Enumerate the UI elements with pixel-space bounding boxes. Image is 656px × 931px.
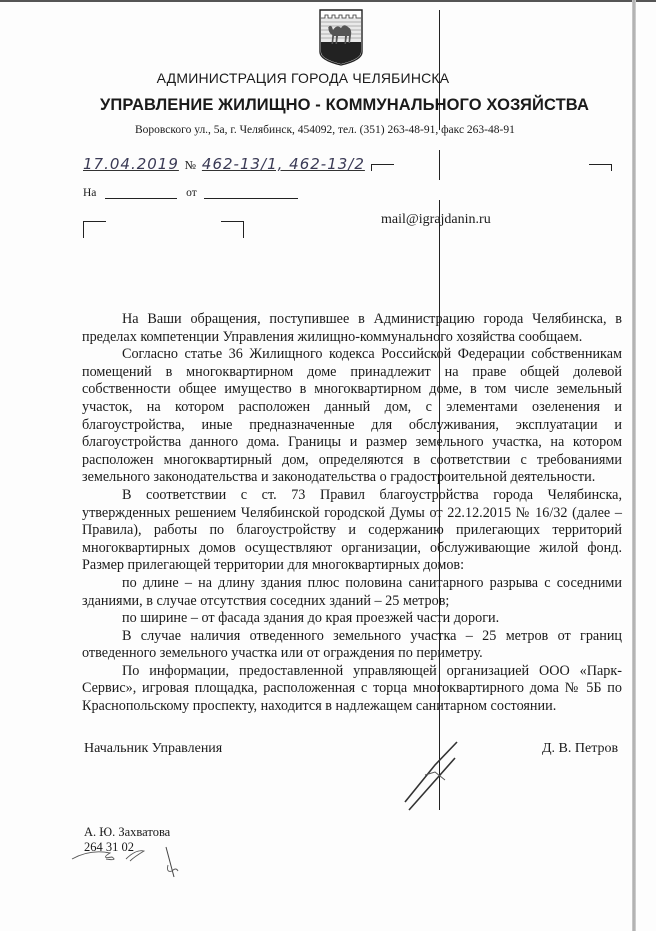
coat-of-arms-icon: [318, 8, 364, 66]
paragraph: по ширине – от фасада здания до края про…: [82, 610, 622, 628]
registration-number: 462-13/1, 462-13/2: [202, 155, 365, 173]
signature-icon: [395, 720, 495, 820]
reply-to-label: На: [83, 187, 96, 199]
paragraph: В случае наличия отведенного земельного …: [82, 628, 622, 663]
paragraph: По информации, предоставленной управляющ…: [82, 663, 622, 716]
reply-to-blank: [105, 186, 177, 199]
reply-from-label: от: [186, 187, 197, 199]
scan-top-edge: [0, 0, 656, 2]
department-name: УПРАВЛЕНИЕ ЖИЛИЩНО - КОММУНАЛЬНОГО ХОЗЯЙ…: [100, 96, 589, 115]
address-corner-mark: [371, 164, 394, 171]
address-corner-mark: [589, 164, 612, 171]
letter-body: На Ваши обращения, поступившее в Админис…: [82, 311, 622, 716]
reply-from-blank: [204, 186, 298, 199]
department-address: Воровского ул., 5а, г. Челябинск, 454092…: [135, 124, 515, 136]
executor-name: А. Ю. Захватова: [84, 825, 170, 840]
reply-reference-line: На от: [83, 186, 298, 199]
address-corner-mark: [221, 221, 244, 238]
signatory-name: Д. В. Петров: [542, 741, 618, 757]
recipient-email: mail@igrajdanin.ru: [381, 212, 491, 228]
number-sign: №: [185, 158, 196, 172]
fold-line: [439, 150, 440, 180]
paragraph: по длине – на длину здания плюс половина…: [82, 575, 622, 610]
address-corner-mark: [83, 221, 106, 238]
administration-name: АДМИНИСТРАЦИЯ ГОРОДА ЧЕЛЯБИНСКА: [0, 70, 656, 86]
paragraph: В соответствии с ст. 73 Правил благоустр…: [82, 487, 622, 575]
approval-visa-icon: [70, 845, 190, 895]
signatory-position: Начальник Управления: [84, 741, 222, 757]
registration-date: 17.04.2019: [83, 155, 179, 173]
scan-right-edge: [632, 0, 636, 931]
paragraph: Согласно статье 36 Жилищного кодекса Рос…: [82, 346, 622, 487]
paragraph: На Ваши обращения, поступившее в Админис…: [82, 311, 622, 346]
registration-line: 17.04.2019 № 462-13/1, 462-13/2: [83, 155, 365, 173]
